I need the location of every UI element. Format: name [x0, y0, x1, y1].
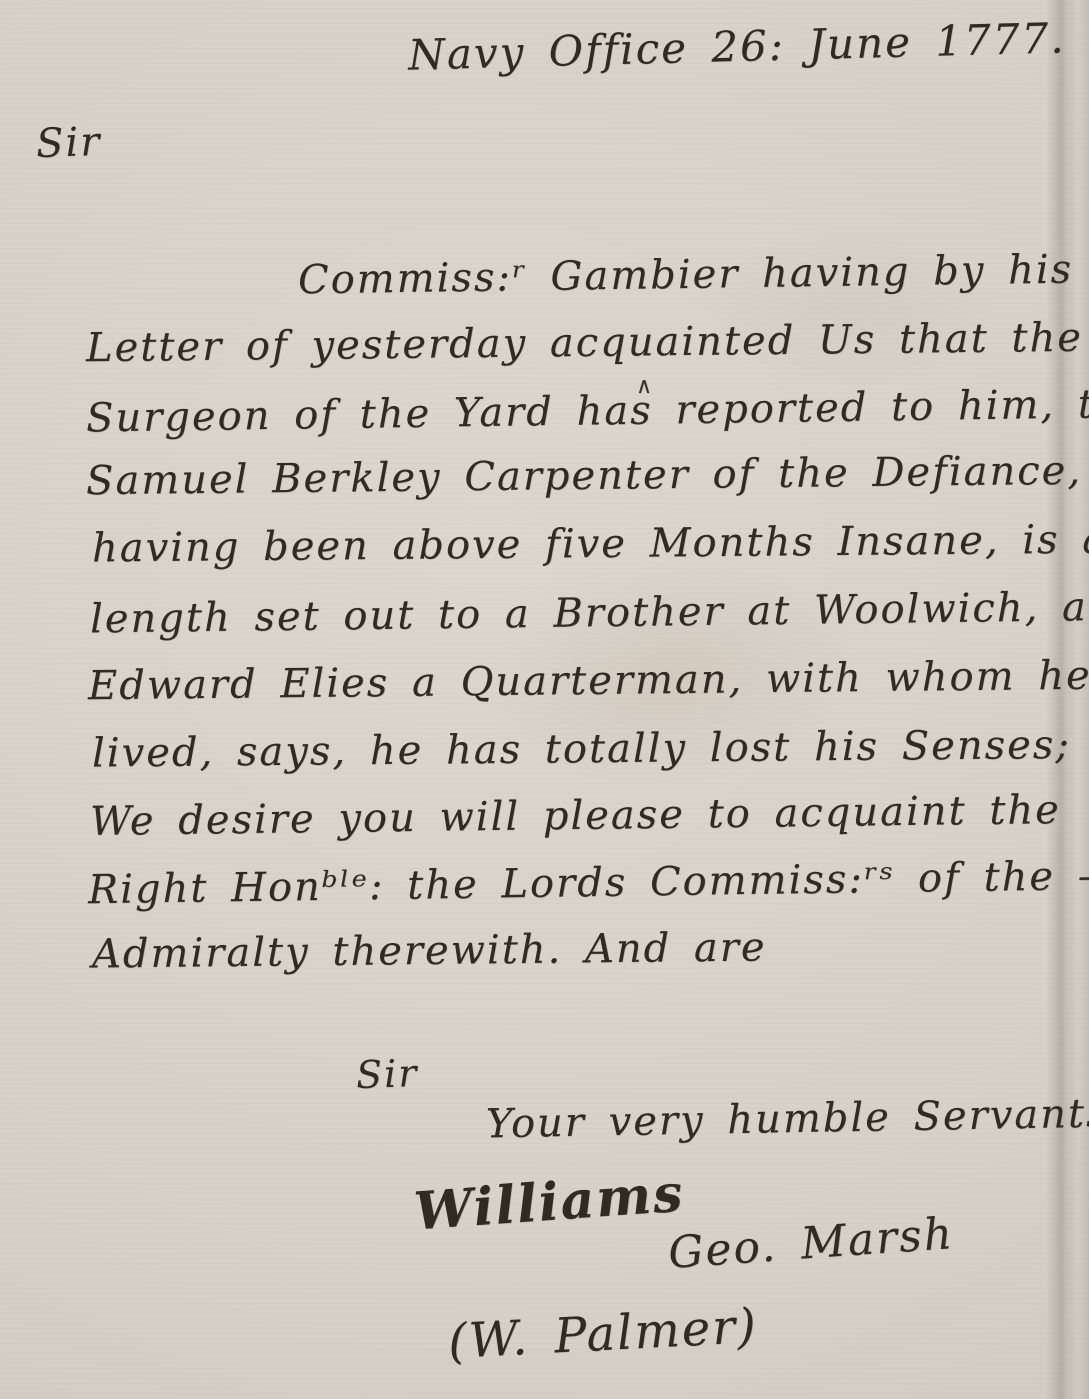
salutation: Sir	[35, 119, 102, 167]
closing-salutation: Sir	[355, 1051, 419, 1097]
page-crease	[1046, 0, 1080, 1399]
body-line: having been above five Months Insane, is…	[92, 516, 1089, 571]
signature-geo-marsh: Geo. Marsh	[667, 1208, 956, 1279]
signature-williams: Williams	[412, 1163, 686, 1243]
valediction: Your very humble Servants	[486, 1091, 1089, 1148]
body-line: Surgeon of the Yard has reported to him,…	[86, 380, 1089, 441]
body-line: We desire you will please to acquaint th…	[90, 787, 1061, 845]
body-line: Admiralty therewith. And are	[92, 924, 767, 977]
body-line: Edward Elies a Quarterman, with whom he	[88, 653, 1089, 710]
body-line: length set out to a Brother at Woolwich,…	[90, 584, 1089, 643]
body-line: Samuel Berkley Carpenter of the Defiance…	[86, 448, 1083, 504]
page-edge	[1077, 0, 1089, 1399]
manuscript-page: Navy Office 26: June 1777. Sir Commiss:ʳ…	[0, 0, 1089, 1399]
signature-w-palmer: (W. Palmer)	[447, 1298, 759, 1370]
body-line: Right Honᵇˡᵉ: the Lords Commiss:ʳˢ of th…	[88, 853, 1089, 913]
body-line: lived, says, he has totally lost his Sen…	[92, 721, 1089, 776]
letter-dateline: Navy Office 26: June 1777.	[407, 13, 1066, 79]
